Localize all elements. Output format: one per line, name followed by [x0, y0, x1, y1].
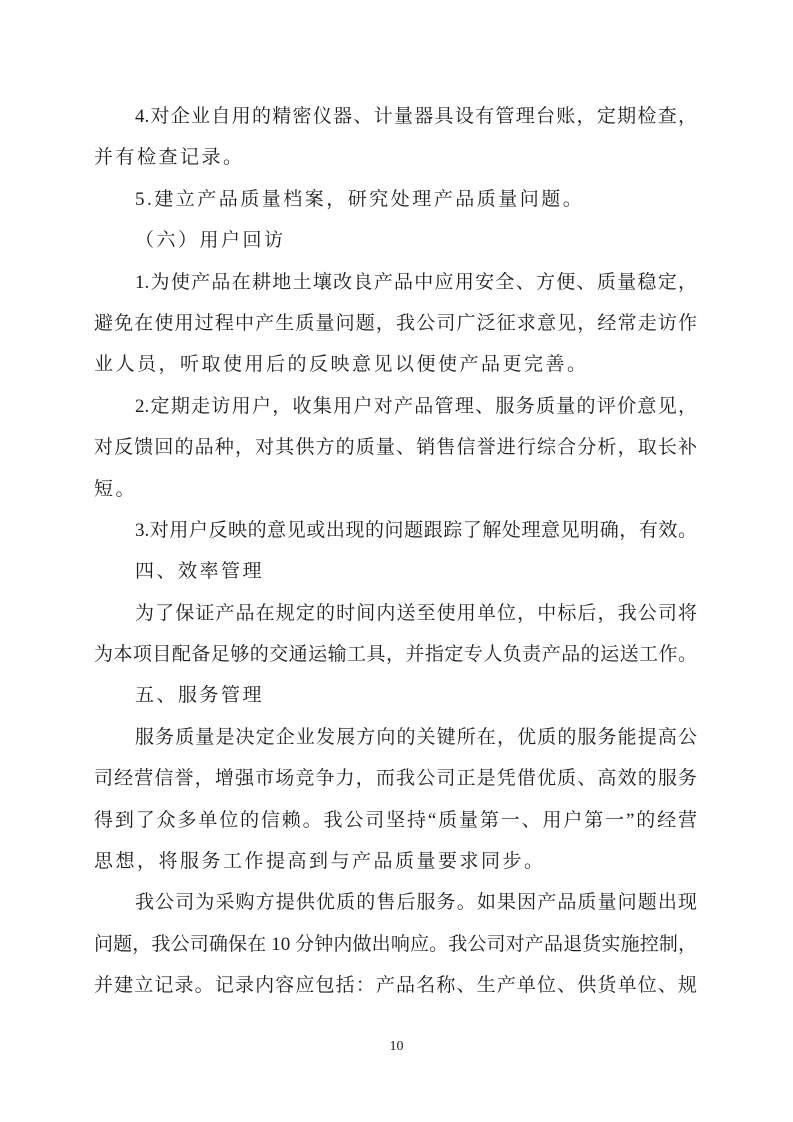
text-line: 对反馈回的品种，对其供方的质量、销售信誉进行综合分析，取长补	[94, 427, 697, 468]
text-line: 我公司为采购方提供优质的售后服务。如果因产品质量问题出现	[94, 882, 697, 923]
section-heading: 四、效率管理	[94, 551, 697, 592]
text-line: 2.定期走访用户，收集用户对产品管理、服务质量的评价意见，	[94, 386, 697, 427]
page-number: 10	[0, 1039, 793, 1055]
text-line: 问题，我公司确保在 10 分钟内做出响应。我公司对产品退货实施控制，	[94, 924, 697, 965]
text-line: 业人员，听取使用后的反映意见以便使产品更完善。	[94, 344, 697, 385]
text-line: 4.对企业自用的精密仪器、计量器具设有管理台账，定期检查，	[94, 96, 697, 137]
text-line: 为了保证产品在规定的时间内送至使用单位，中标后，我公司将	[94, 593, 697, 634]
text-line: 3.对用户反映的意见或出现的问题跟踪了解处理意见明确，有效。	[94, 510, 697, 551]
text-line: 1.为使产品在耕地土壤改良产品中应用安全、方便、质量稳定，	[94, 262, 697, 303]
text-line: 思想，将服务工作提高到与产品质量要求同步。	[94, 841, 697, 882]
section-heading: （六）用户回访	[94, 220, 697, 261]
document-page: 4.对企业自用的精密仪器、计量器具设有管理台账，定期检查， 并有检查记录。 5.…	[0, 0, 793, 1122]
text-line: 5.建立产品质量档案，研究处理产品质量问题。	[94, 179, 697, 220]
text-line: 并建立记录。记录内容应包括：产品名称、生产单位、供货单位、规	[94, 965, 697, 1006]
text-line: 短。	[94, 469, 697, 510]
text-line: 服务质量是决定企业发展方向的关键所在，优质的服务能提高公	[94, 717, 697, 758]
text-line: 司经营信誉，增强市场竞争力，而我公司正是凭借优质、高效的服务	[94, 758, 697, 799]
text-line: 为本项目配备足够的交通运输工具，并指定专人负责产品的运送工作。	[94, 634, 697, 675]
text-line: 避免在使用过程中产生质量问题，我公司广泛征求意见，经常走访作	[94, 303, 697, 344]
section-heading: 五、服务管理	[94, 675, 697, 716]
text-line: 并有检查记录。	[94, 137, 697, 178]
document-body: 4.对企业自用的精密仪器、计量器具设有管理台账，定期检查， 并有检查记录。 5.…	[94, 96, 697, 1007]
text-line: 得到了众多单位的信赖。我公司坚持“质量第一、用户第一”的经营	[94, 800, 697, 841]
